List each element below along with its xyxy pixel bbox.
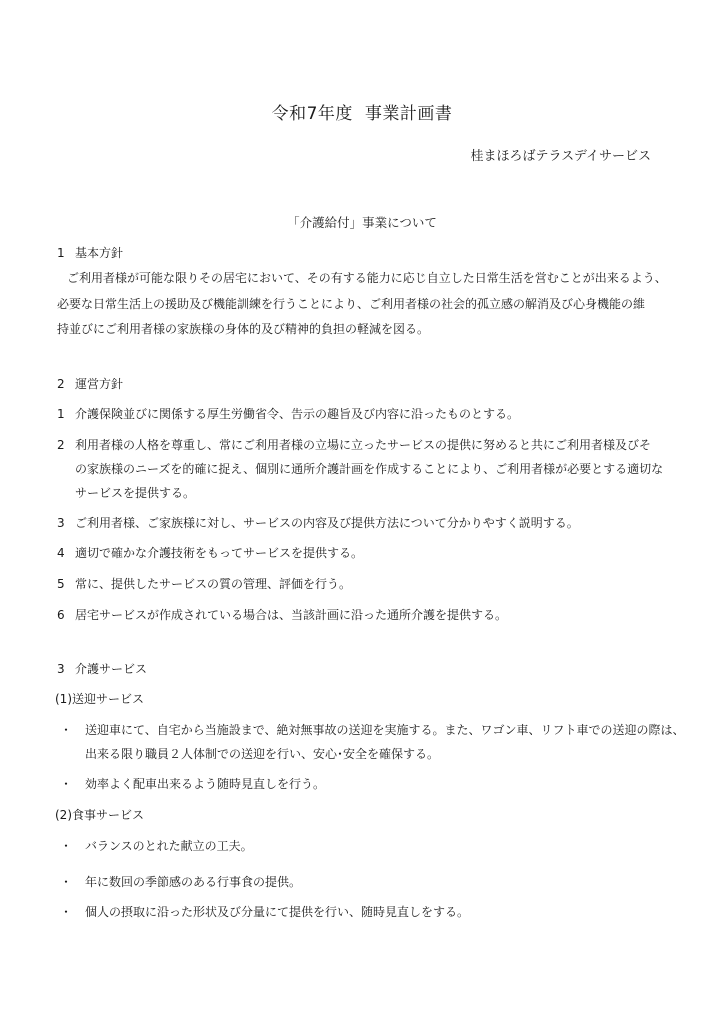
- section-1-paragraph-line-3: 持並びにご利用者様の家族様の身体的及び精神的負担の軽減を図る。: [57, 323, 429, 335]
- organization-name: 桂まほろばテラスデイサービス: [471, 145, 651, 164]
- policy-item-2-line-2: の家族様のニーズを的確に捉え、個別に通所介護計画を作成することにより、ご利用者様…: [75, 463, 663, 475]
- policy-item-2-line-3: サービスを提供する。: [75, 487, 195, 499]
- meal-bullet-3: ･個人の摂取に沿った形状及び分量にて提供を行い、随時見直しをする。: [57, 906, 469, 918]
- policy-item-4: 4適切で確かな介護技術をもってサービスを提供する。: [57, 547, 363, 559]
- policy-item-5: 5常に、提供したサービスの質の管理、評価を行う。: [57, 578, 351, 590]
- document-subtitle: 「介護給付」事業について: [0, 213, 724, 231]
- bullet-icon: ･: [57, 724, 85, 736]
- bullet-icon: ･: [57, 906, 85, 918]
- subsection-meal-label: (2)食事サービス: [55, 809, 144, 821]
- bullet-icon: ･: [57, 840, 85, 852]
- transport-bullet-1-line-2: 出来る限り職員２人体制での送迎を行い、安心･安全を確保する。: [85, 748, 439, 760]
- policy-item-2-line-1: 2利用者様の人格を尊重し、常にご利用者様の立場に立ったサービスの提供に努めると共…: [57, 439, 651, 451]
- bullet-icon: ･: [57, 778, 85, 790]
- bullet-icon: ･: [57, 876, 85, 888]
- policy-item-3: 3ご利用者様、ご家族様に対し、サービスの内容及び提供方法について分かりやすく説明…: [57, 517, 579, 529]
- policy-item-1: 1介護保険並びに関係する厚生労働省令、告示の趣旨及び内容に沿ったものとする。: [57, 408, 519, 420]
- transport-bullet-2: ･効率よく配車出来るよう随時見直しを行う。: [57, 778, 325, 790]
- section-3-heading: 3介護サービス: [57, 663, 147, 675]
- section-1-paragraph-line-1: ご利用者様が可能な限りその居宅において、その有する能力に応じ自立した日常生活を営…: [67, 272, 667, 284]
- transport-bullet-1-line-1: ･送迎車にて、自宅から当施設まで、絶対無事故の送迎を実施する。また、ワゴン車、リ…: [57, 724, 685, 736]
- policy-item-6: 6居宅サービスが作成されている場合は、当該計画に沿った通所介護を提供する。: [57, 609, 507, 621]
- page-title: 令和7年度事業計画書: [0, 99, 724, 124]
- meal-bullet-2: ･年に数回の季節感のある行事食の提供。: [57, 876, 301, 888]
- title-name: 事業計画書: [365, 104, 453, 124]
- meal-bullet-1: ･バランスのとれた献立の工夫。: [57, 840, 253, 852]
- section-1-paragraph-line-2: 必要な日常生活上の援助及び機能訓練を行うことにより、ご利用者様の社会的孤立感の解…: [57, 298, 645, 310]
- subsection-transport-label: (1)送迎サービス: [55, 693, 144, 705]
- section-2-heading: 2運営方針: [57, 378, 123, 390]
- section-1-heading: 1基本方針: [57, 247, 123, 259]
- title-year: 令和7年度: [272, 104, 353, 124]
